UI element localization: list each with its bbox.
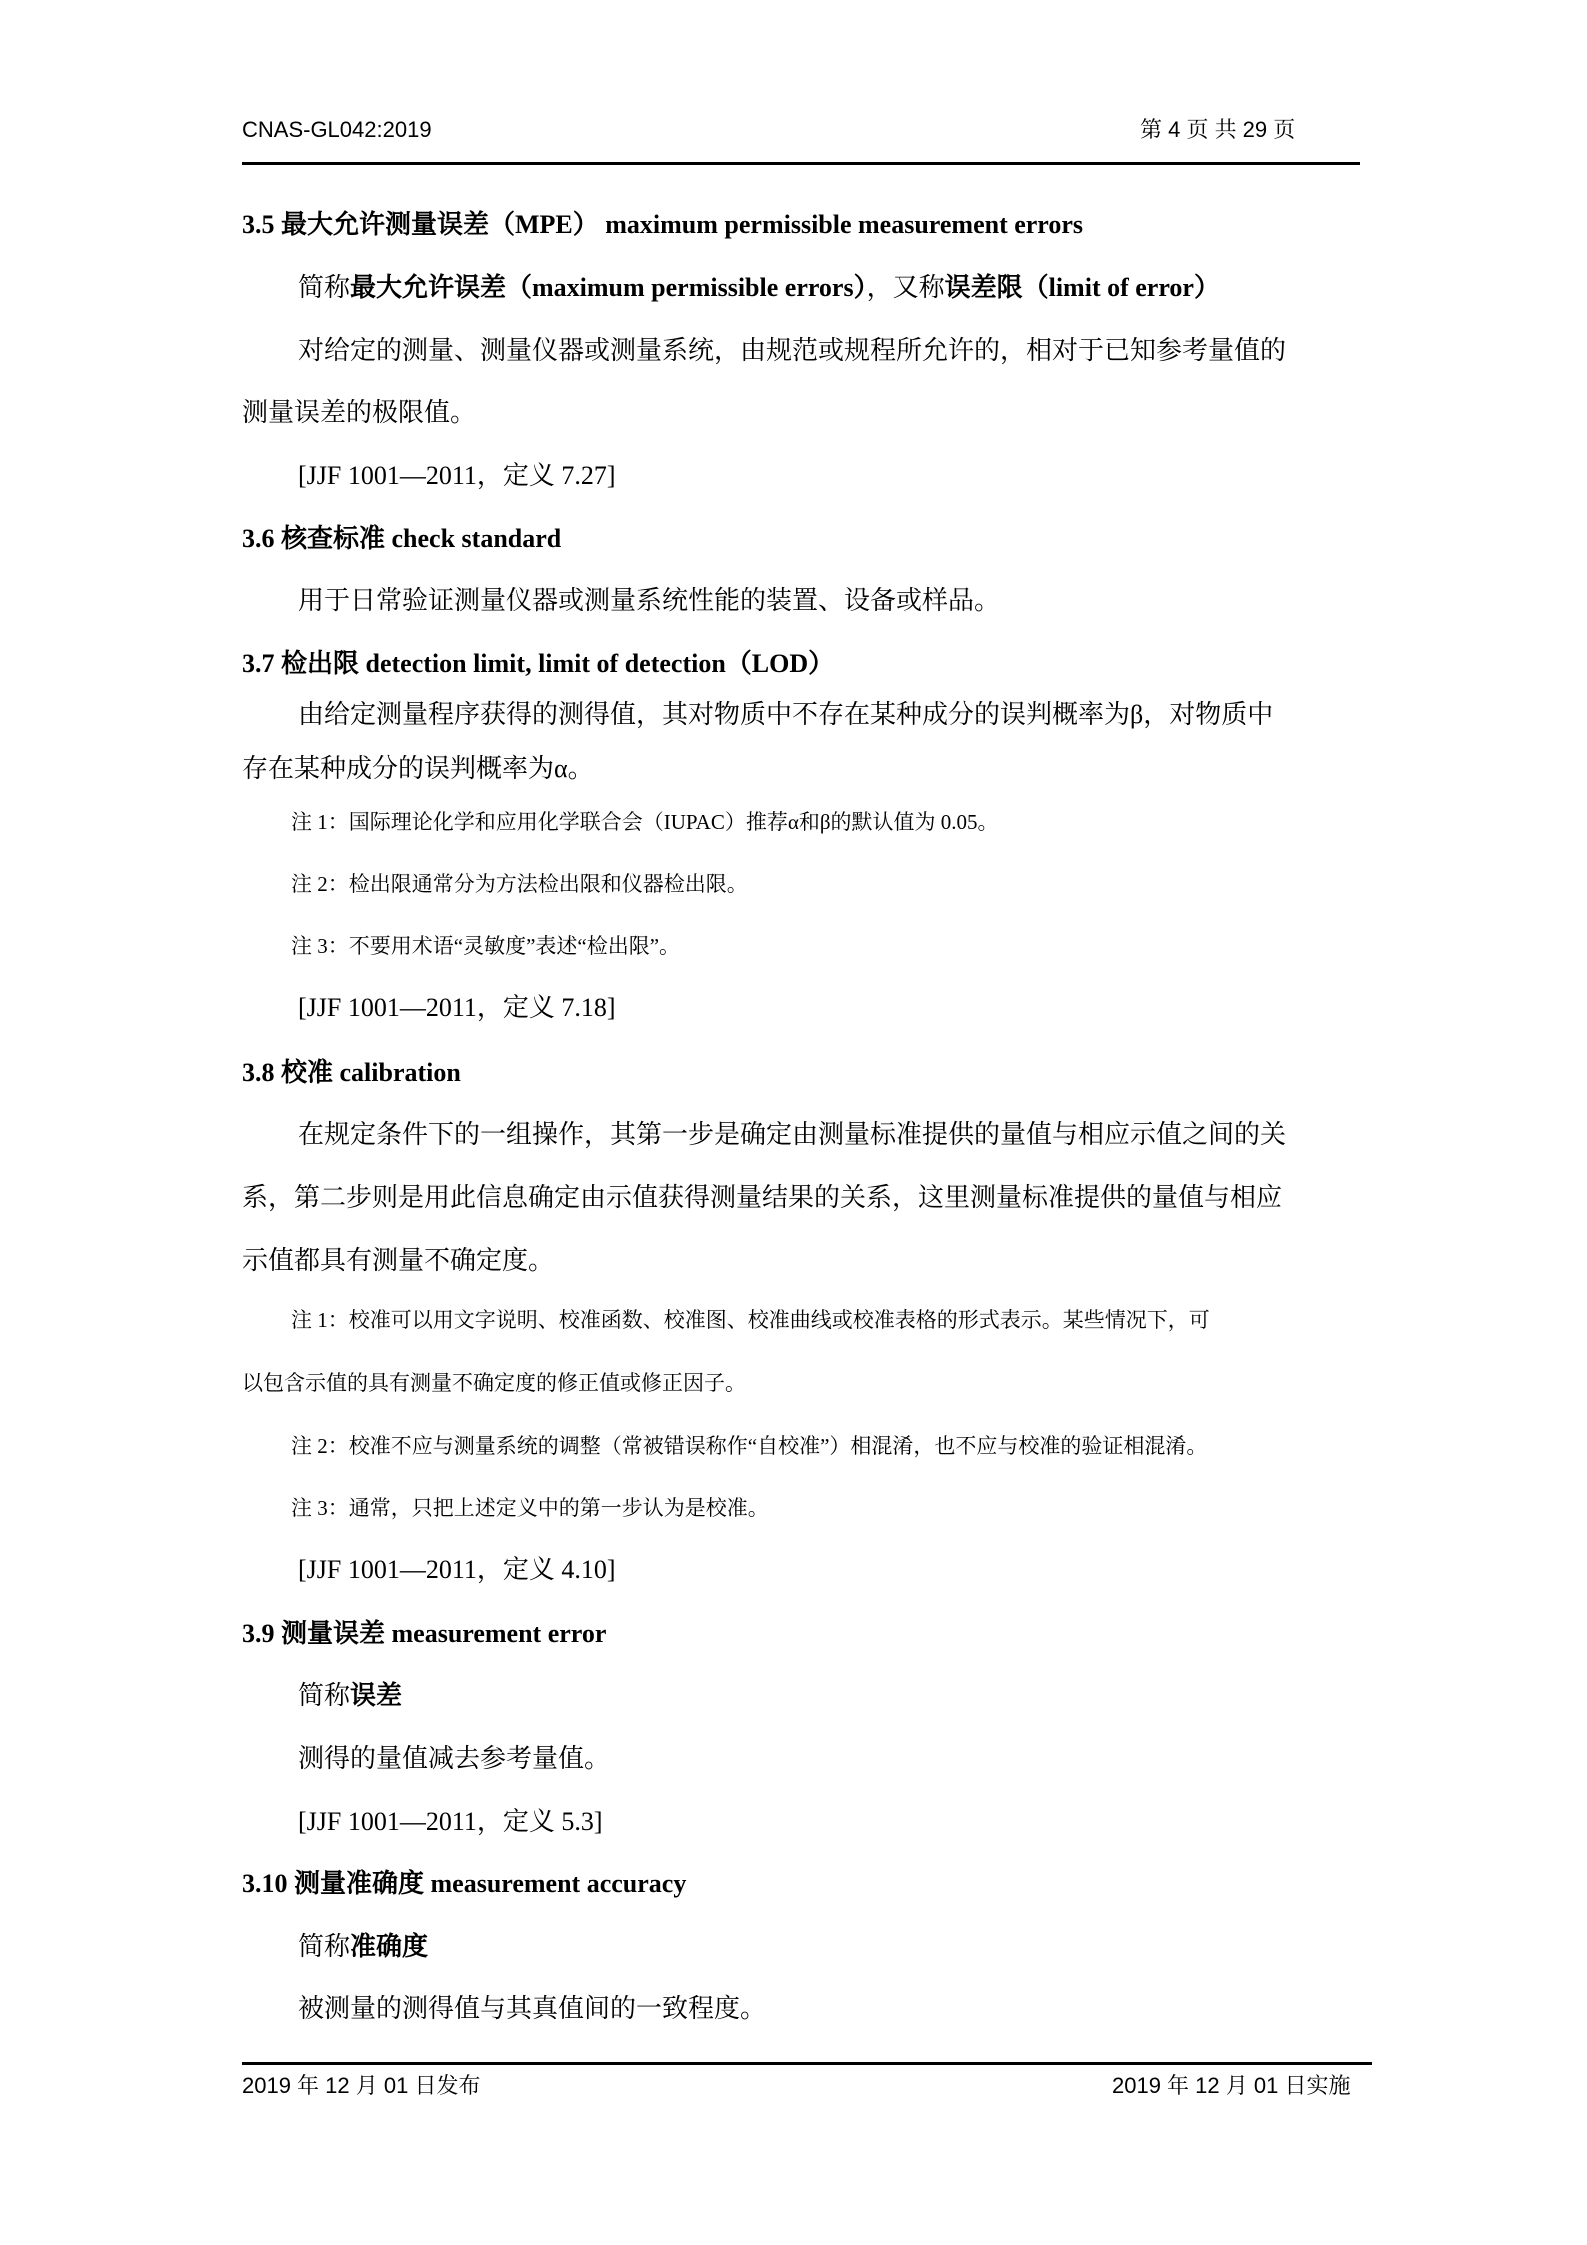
document-page: CNAS-GL042:2019 第 4 页 共 29 页 3.5 最大允许测量误… [0, 0, 1587, 2245]
section-3-6-title: 3.6 核查标准 check standard [242, 522, 561, 556]
section-3-8-note-3: 注 3：通常，只把上述定义中的第一步认为是校准。 [291, 1494, 769, 1522]
section-3-8-definition-3: 示值都具有测量不确定度。 [242, 1244, 554, 1278]
section-3-10-definition: 被测量的测得值与其真值间的一致程度。 [298, 1992, 766, 2026]
section-3-5-alias: 简称最大允许误差（maximum permissible errors），又称误… [298, 271, 1220, 305]
section-3-9-title: 3.9 测量误差 measurement error [242, 1617, 606, 1651]
section-3-5-reference: [JJF 1001—2011，定义 7.27] [298, 459, 616, 493]
alias-prefix: 简称 [298, 1932, 350, 1961]
section-3-8-note-1-line-1: 注 1：校准可以用文字说明、校准函数、校准图、校准曲线或校准表格的形式表示。某些… [291, 1306, 1210, 1334]
footer-rule [242, 2062, 1372, 2065]
section-3-5-definition-1: 对给定的测量、测量仪器或测量系统，由规范或规程所允许的，相对于已知参考量值的 [298, 334, 1286, 368]
section-3-5-definition-2: 测量误差的极限值。 [242, 396, 476, 430]
section-3-9-alias: 简称误差 [298, 1679, 402, 1713]
section-3-10-title: 3.10 测量准确度 measurement accuracy [242, 1867, 686, 1901]
section-3-8-note-2: 注 2：校准不应与测量系统的调整（常被错误称作“自校准”）相混淆，也不应与校准的… [291, 1432, 1207, 1460]
section-3-7-definition-1: 由给定测量程序获得的测得值，其对物质中不存在某种成分的误判概率为β，对物质中 [298, 698, 1273, 732]
effective-date: 2019 年 12 月 01 日实施 [1112, 2072, 1350, 2100]
section-3-8-reference: [JJF 1001—2011，定义 4.10] [298, 1553, 616, 1587]
section-3-7-title: 3.7 检出限 detection limit, limit of detect… [242, 647, 834, 681]
issue-date: 2019 年 12 月 01 日发布 [242, 2072, 480, 2100]
section-3-8-definition-2: 系，第二步则是用此信息确定由示值获得测量结果的关系，这里测量标准提供的量值与相应 [242, 1181, 1282, 1215]
alias-term-2: 误差限（limit of error） [945, 273, 1220, 302]
section-3-7-note-1: 注 1：国际理论化学和应用化学联合会（IUPAC）推荐α和β的默认值为 0.05… [291, 808, 999, 836]
alias-term: 最大允许误差（maximum permissible errors） [350, 273, 867, 302]
section-3-8-note-1-line-2: 以包含示值的具有测量不确定度的修正值或修正因子。 [242, 1369, 746, 1397]
header-rule [242, 162, 1360, 165]
section-3-6-definition: 用于日常验证测量仪器或测量系统性能的装置、设备或样品。 [298, 584, 1000, 618]
section-3-7-definition-2: 存在某种成分的误判概率为α。 [242, 752, 594, 786]
page-number: 第 4 页 共 29 页 [1140, 116, 1295, 144]
doc-id: CNAS-GL042:2019 [242, 116, 432, 144]
section-3-7-note-2: 注 2：检出限通常分为方法检出限和仪器检出限。 [291, 870, 748, 898]
section-3-8-title: 3.8 校准 calibration [242, 1056, 461, 1090]
alias-prefix: 简称 [298, 273, 350, 302]
section-3-8-definition-1: 在规定条件下的一组操作，其第一步是确定由测量标准提供的量值与相应示值之间的关 [298, 1118, 1286, 1152]
alias-mid: ，又称 [867, 273, 945, 302]
section-3-7-reference: [JJF 1001—2011，定义 7.18] [298, 991, 616, 1025]
alias-term: 准确度 [350, 1932, 428, 1961]
section-3-9-definition: 测得的量值减去参考量值。 [298, 1742, 610, 1776]
section-3-9-reference: [JJF 1001—2011，定义 5.3] [298, 1805, 603, 1839]
alias-term: 误差 [350, 1681, 402, 1710]
alias-prefix: 简称 [298, 1681, 350, 1710]
section-3-10-alias: 简称准确度 [298, 1930, 428, 1964]
section-3-5-title: 3.5 最大允许测量误差（MPE） maximum permissible me… [242, 208, 1083, 242]
section-3-7-note-3: 注 3：不要用术语“灵敏度”表述“检出限”。 [291, 932, 680, 960]
